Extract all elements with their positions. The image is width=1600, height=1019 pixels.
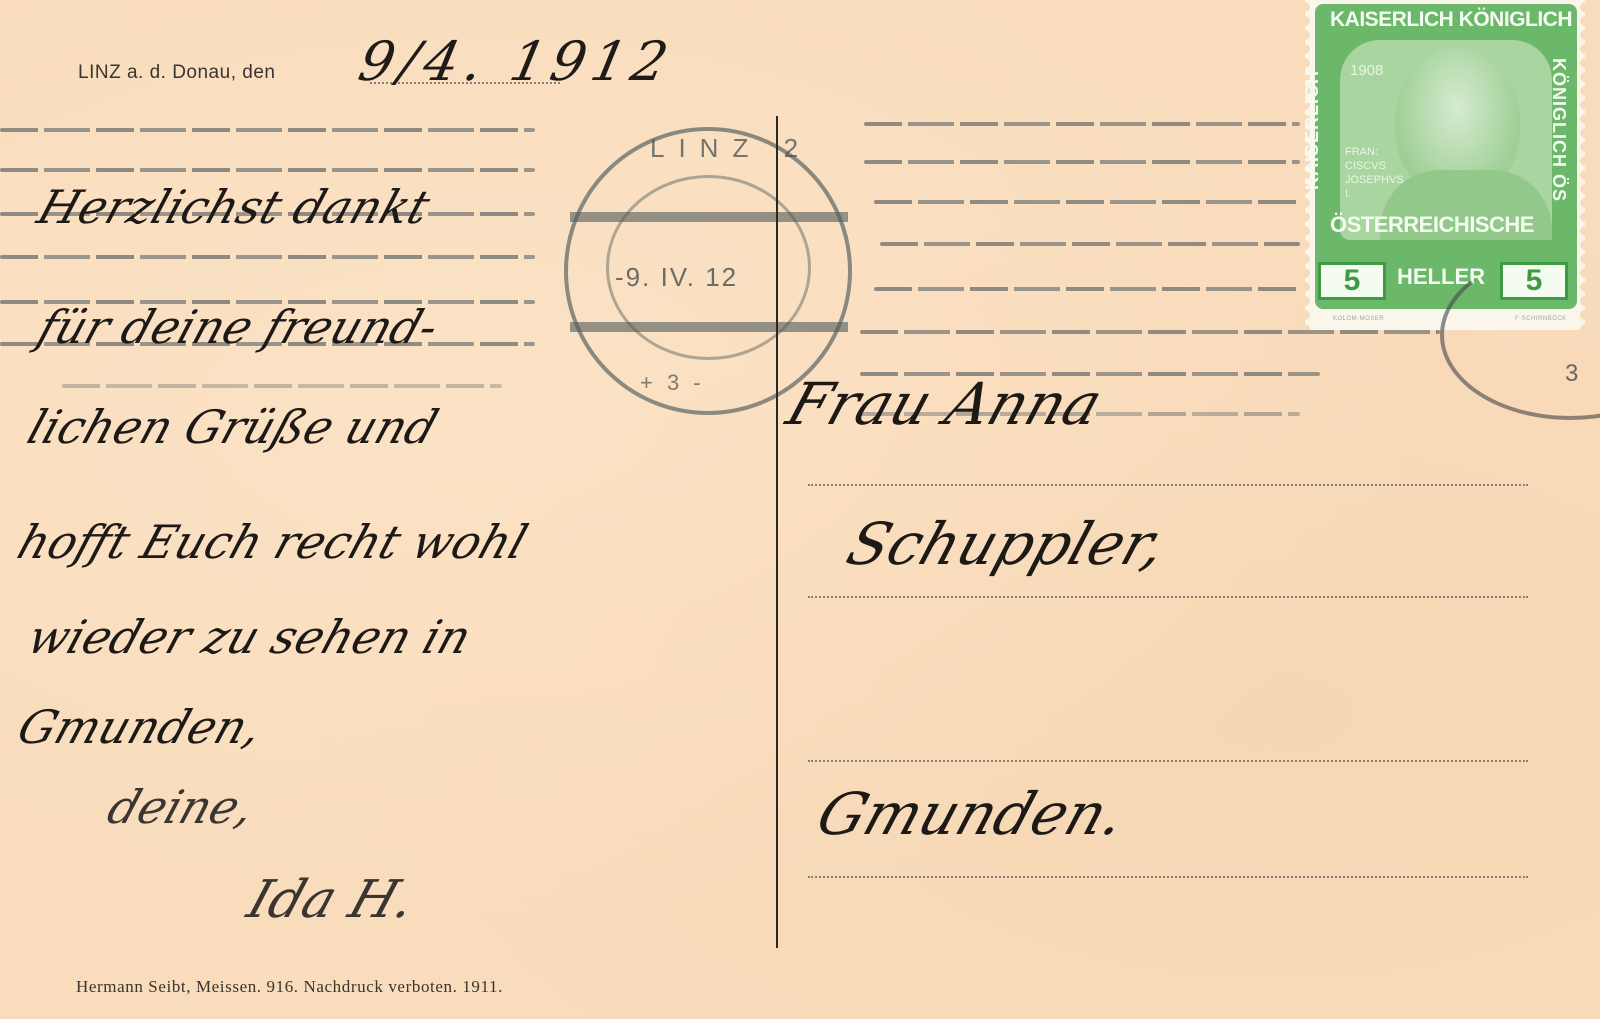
address-dotted-line bbox=[808, 876, 1528, 878]
postmark-date: -9. IV. 12 bbox=[615, 262, 738, 293]
message-line: Gmunden, bbox=[11, 700, 269, 754]
postcard: LINZ a. d. Donau, den 9/4. 1912 LINZ 2 -… bbox=[0, 0, 1600, 1019]
cancellation-line bbox=[880, 242, 1300, 246]
stamp-year: 1908 bbox=[1350, 62, 1383, 79]
cancellation-line bbox=[874, 287, 1300, 291]
cancellation-line bbox=[864, 122, 1300, 126]
message-closing: deine, bbox=[101, 780, 261, 834]
caption-line: CISCVS bbox=[1345, 159, 1404, 173]
caption-line: FRAN: bbox=[1345, 145, 1404, 159]
address-city: Gmunden. bbox=[809, 780, 1134, 848]
cancellation-line bbox=[860, 330, 1440, 334]
cancellation-line bbox=[874, 200, 1300, 204]
message-signature: Ida H. bbox=[240, 870, 423, 930]
postmark-band bbox=[570, 322, 848, 332]
cancellation-line bbox=[0, 128, 535, 132]
stamp-right-inscription: KÖNIGLICH ÖS bbox=[1548, 58, 1569, 202]
cancellation-line bbox=[0, 255, 535, 259]
caption-line: I. bbox=[1345, 187, 1404, 201]
message-line: wieder zu sehen in bbox=[21, 610, 478, 664]
printed-place-header: LINZ a. d. Donau, den bbox=[78, 62, 275, 84]
secondary-postmark-time: 3 bbox=[1565, 360, 1578, 388]
address-surname: Schuppler, bbox=[839, 510, 1175, 578]
message-line: hofft Euch recht wohl bbox=[11, 515, 534, 569]
cancellation-line bbox=[0, 168, 535, 172]
postmark-time: + 3 - bbox=[640, 370, 705, 396]
address-dotted-line bbox=[808, 596, 1528, 598]
center-divider-line bbox=[776, 116, 778, 948]
stamp-value-left: 5 bbox=[1318, 262, 1386, 300]
postmark-city: LINZ 2 bbox=[650, 133, 812, 164]
postmark-band bbox=[570, 212, 848, 222]
address-recipient: Frau Anna bbox=[779, 370, 1111, 438]
stamp-portrait-caption: FRAN: CISCVS JOSEPHVS I. bbox=[1345, 145, 1404, 201]
message-line: für deine freund- bbox=[31, 300, 445, 354]
caption-line: JOSEPHVS bbox=[1345, 173, 1404, 187]
stamp-left-inscription: KAISERLICH bbox=[1302, 70, 1323, 190]
stamp-designer-credit: KOLOM·MOSER bbox=[1333, 316, 1384, 322]
address-dotted-line bbox=[808, 760, 1528, 762]
message-line: Herzlichst dankt bbox=[31, 180, 436, 234]
message-line: lichen Grüße und bbox=[21, 400, 444, 454]
publisher-imprint: Hermann Seibt, Meissen. 916. Nachdruck v… bbox=[76, 977, 503, 997]
stamp-bottom-inscription: ÖSTERREICHISCHE bbox=[1330, 212, 1534, 238]
handwritten-date: 9/4. 1912 bbox=[353, 30, 679, 93]
address-dotted-line bbox=[808, 484, 1528, 486]
cancellation-line bbox=[864, 160, 1300, 164]
cancellation-line bbox=[62, 384, 502, 388]
stamp-top-inscription: KAISERLICH KÖNIGLICH bbox=[1330, 8, 1572, 32]
